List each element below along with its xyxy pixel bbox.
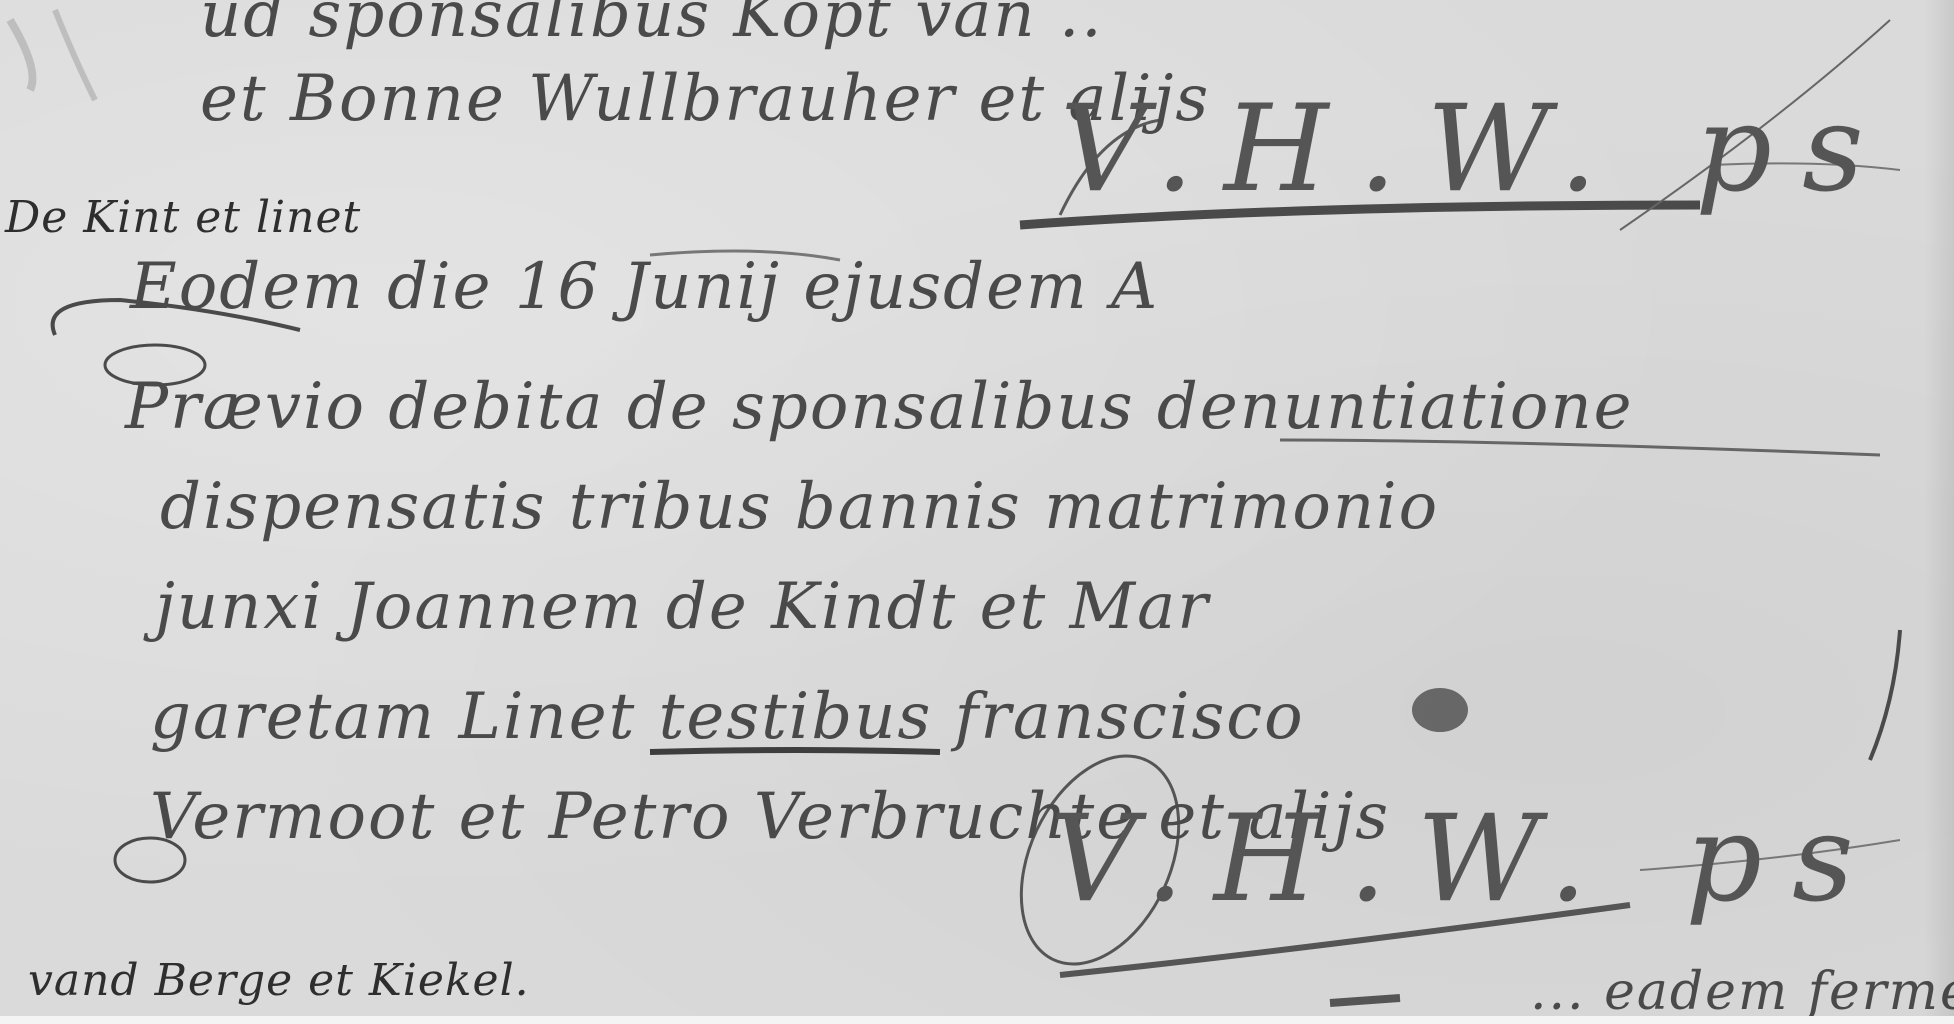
entry-1-line-1: ud sponsalibus Kopt van .. [200,0,1104,52]
entry-2-line-5: garetam Linet testibus franscisco [150,680,1305,754]
margin-note-vand-berge-et-kiekel: vand Berge et Kiekel. [28,955,530,1006]
entry-2-signature: V.H.W. ps [1050,790,1884,929]
entry-2-line-3: dispensatis tribus bannis matrimonio [160,470,1439,544]
margin-note-de-kint-et-linet: De Kint et linet [5,192,361,243]
document-page: De Kint et linet vand Berge et Kiekel. u… [0,0,1954,1016]
entry-3-line-1: ... eadem ferme ... [1530,962,1954,1016]
page-edge-shadow [1924,0,1954,1016]
scan-bottom-border [0,1016,1954,1024]
entry-1-line-2: et Bonne Wullbrauher et alijs [200,62,1210,136]
entry-2-line-2: Prævio debita de sponsalibus denuntiatio… [125,370,1634,444]
entry-2-line-1: Eodem die 16 Junij ejusdem A [130,250,1159,324]
entry-1-signature: V.H.W. ps [1060,80,1894,219]
entry-2-line-4: junxi Joannem de Kindt et Mar [155,570,1210,644]
